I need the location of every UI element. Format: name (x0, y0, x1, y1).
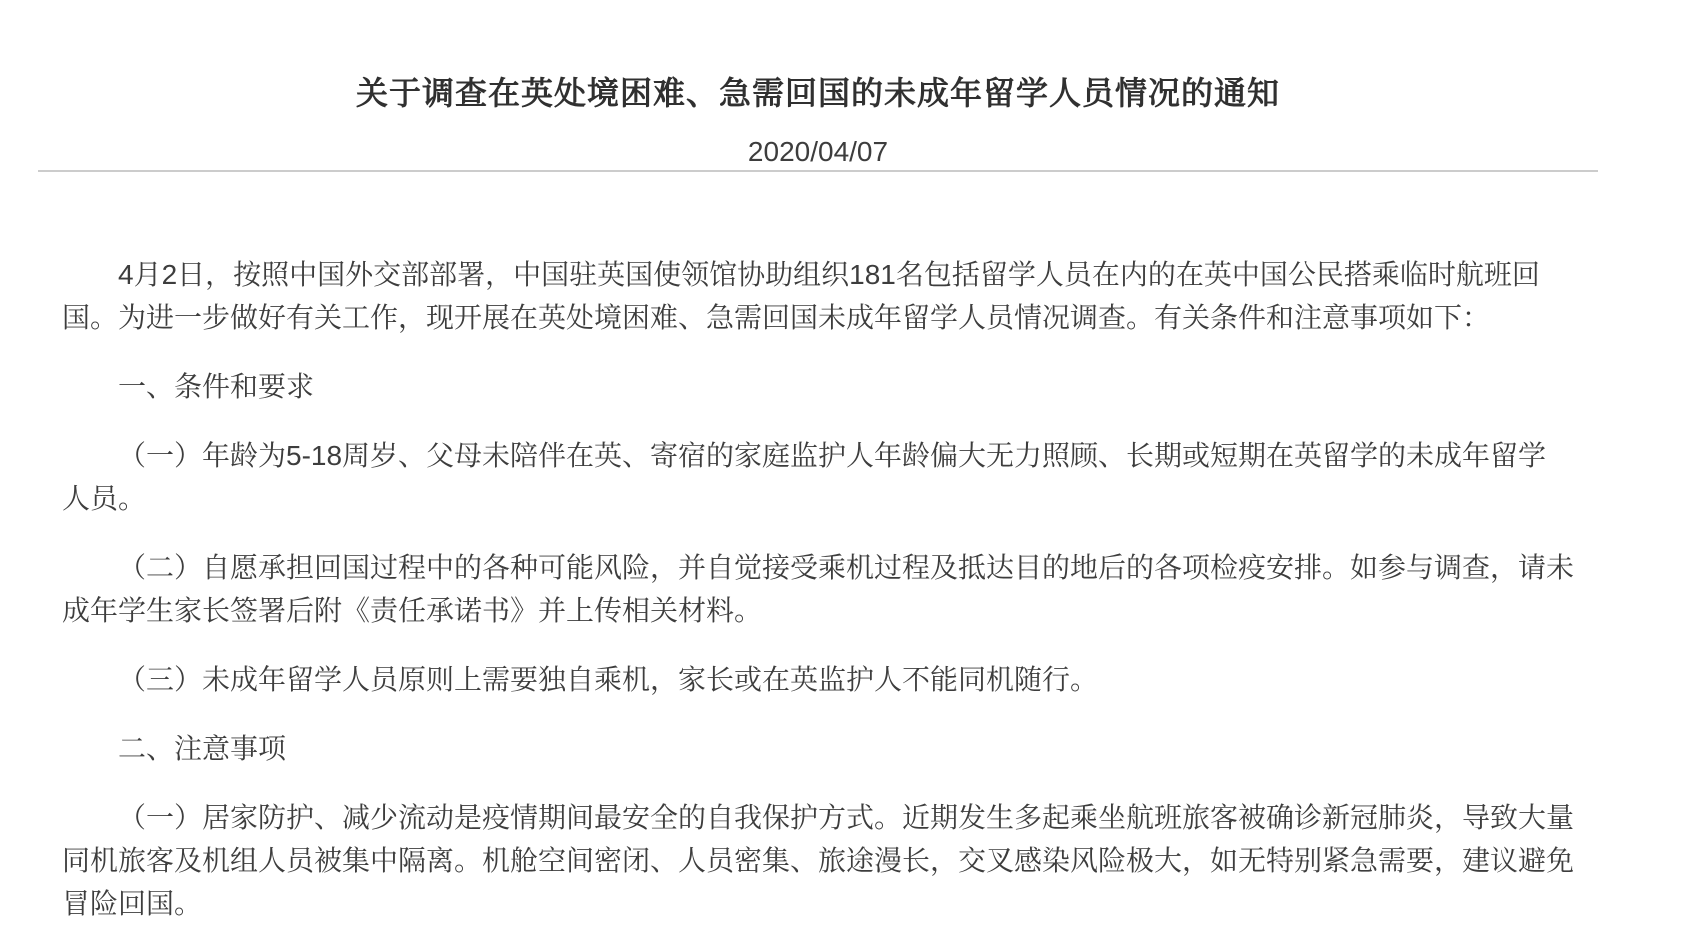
paragraph-condition-3: （三）未成年留学人员原则上需要独自乘机，家长或在英监护人不能同机随行。 (62, 658, 1574, 701)
notice-body: 4月2日，按照中国外交部部署，中国驻英国使领馆协助组织181名包括留学人员在内的… (38, 172, 1598, 925)
paragraph-note-1: （一）居家防护、减少流动是疫情期间最安全的自我保护方式。近期发生多起乘坐航班旅客… (62, 796, 1574, 925)
paragraph-condition-2: （二）自愿承担回国过程中的各种可能风险，并自觉接受乘机过程及抵达目的地后的各项检… (62, 546, 1574, 632)
notice-page: 关于调查在英处境困难、急需回国的未成年留学人员情况的通知 2020/04/07 … (0, 0, 1702, 946)
section-heading-conditions: 一、条件和要求 (62, 365, 1574, 408)
paragraph-intro: 4月2日，按照中国外交部部署，中国驻英国使领馆协助组织181名包括留学人员在内的… (62, 253, 1574, 339)
notice-document: 关于调查在英处境困难、急需回国的未成年留学人员情况的通知 2020/04/07 … (38, 0, 1598, 925)
paragraph-condition-1: （一）年龄为5-18周岁、父母未陪伴在英、寄宿的家庭监护人年龄偏大无力照顾、长期… (62, 434, 1574, 520)
page-title: 关于调查在英处境困难、急需回国的未成年留学人员情况的通知 (38, 69, 1598, 117)
publish-date: 2020/04/07 (38, 134, 1598, 170)
notice-header: 关于调查在英处境困难、急需回国的未成年留学人员情况的通知 2020/04/07 (38, 0, 1598, 172)
section-heading-notes: 二、注意事项 (62, 727, 1574, 770)
